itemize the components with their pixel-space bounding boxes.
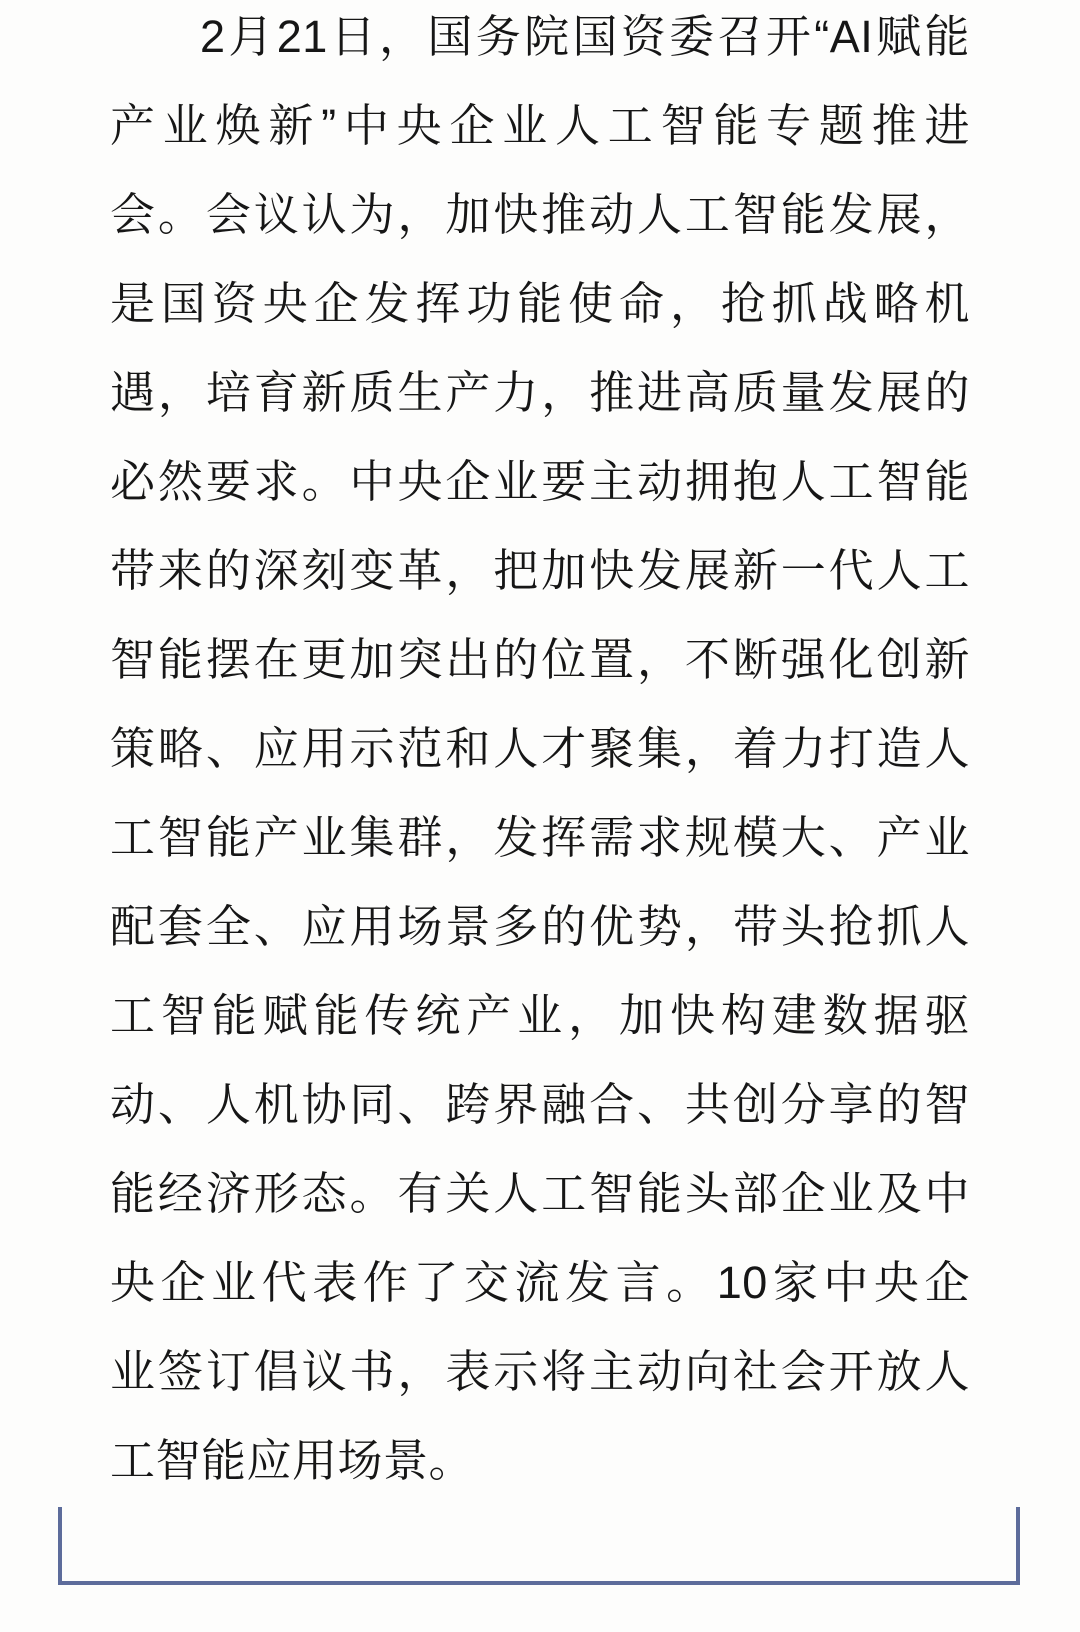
text-line: 带来的深刻变革，把加快发展新一代人工	[110, 526, 970, 615]
text-line: 2月21日，国务院国资委召开“AI赋能	[110, 0, 970, 81]
partial-content-box	[58, 1507, 1020, 1585]
article-text-block: 2月21日，国务院国资委召开“AI赋能 产业焕新”中央企业人工智能专题推进 会。…	[110, 0, 970, 1505]
text-line: 央企业代表作了交流发言。10家中央企	[110, 1238, 970, 1327]
text-line: 遇，培育新质生产力，推进高质量发展的	[110, 348, 970, 437]
text-line: 策略、应用示范和人才聚集，着力打造人	[110, 704, 970, 793]
article-page: { "page": { "background_color": "#fdfdfc…	[0, 0, 1080, 1632]
text-line: 会。会议认为，加快推动人工智能发展，	[110, 170, 970, 259]
text-line: 智能摆在更加突出的位置，不断强化创新	[110, 615, 970, 704]
text-line: 工智能产业集群，发挥需求规模大、产业	[110, 793, 970, 882]
text-line: 必然要求。中央企业要主动拥抱人工智能	[110, 437, 970, 526]
text-line: 工智能赋能传统产业，加快构建数据驱	[110, 971, 970, 1060]
text-line: 产业焕新”中央企业人工智能专题推进	[110, 81, 970, 170]
text-line: 能经济形态。有关人工智能头部企业及中	[110, 1149, 970, 1238]
text-line: 工智能应用场景。	[110, 1416, 970, 1505]
text-line: 是国资央企发挥功能使命，抢抓战略机	[110, 259, 970, 348]
text-line: 业签订倡议书，表示将主动向社会开放人	[110, 1327, 970, 1416]
text-line: 配套全、应用场景多的优势，带头抢抓人	[110, 882, 970, 971]
text-line: 动、人机协同、跨界融合、共创分享的智	[110, 1060, 970, 1149]
